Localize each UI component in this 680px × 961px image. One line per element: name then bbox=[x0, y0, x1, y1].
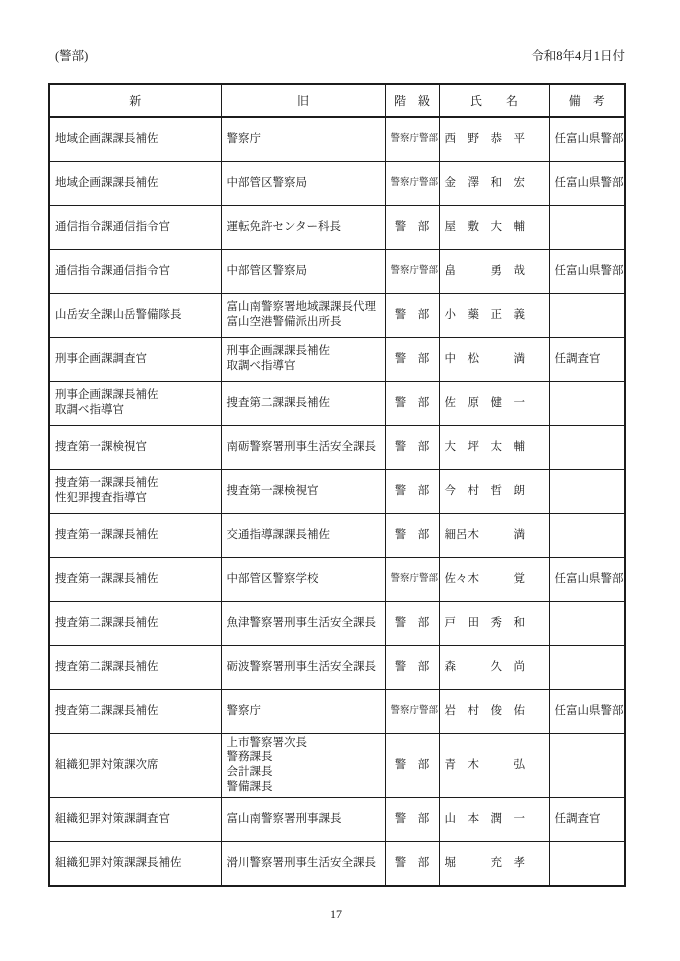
cell-old-position: 上市警察署次長 警務課長 会計課長 警備課長 bbox=[221, 733, 385, 798]
cell-new-position: 地域企画課課長補佐 bbox=[49, 161, 221, 205]
cell-rank: 警 部 bbox=[385, 381, 439, 425]
cell-remarks: 任富山県警部 bbox=[549, 249, 625, 293]
table-row: 組織犯罪対策課調査官 富山南警察署刑事課長 警 部 山 本 潤 一 任調査官 bbox=[49, 798, 625, 842]
col-header-old: 旧 bbox=[221, 84, 385, 117]
col-header-rank: 階 級 bbox=[385, 84, 439, 117]
cell-name: 青 木 弘 bbox=[439, 733, 549, 798]
table-row: 刑事企画課課長補佐 取調べ指導官 捜査第二課課長補佐 警 部 佐 原 健 一 bbox=[49, 381, 625, 425]
cell-new-position: 地域企画課課長補佐 bbox=[49, 117, 221, 161]
table-row: 捜査第一課課長補佐 性犯罪捜査指導官 捜査第一課検視官 警 部 今 村 哲 朗 bbox=[49, 469, 625, 513]
table-row: 捜査第二課課長補佐 警察庁 警察庁警部 岩 村 俊 佑 任富山県警部 bbox=[49, 689, 625, 733]
cell-name: 佐 原 健 一 bbox=[439, 381, 549, 425]
table-row: 地域企画課課長補佐 中部管区警察局 警察庁警部 金 澤 和 宏 任富山県警部 bbox=[49, 161, 625, 205]
table-row: 捜査第一課課長補佐 中部管区警察学校 警察庁警部 佐々木 覚 任富山県警部 bbox=[49, 557, 625, 601]
cell-name: 森 久 尚 bbox=[439, 645, 549, 689]
col-header-name: 氏 名 bbox=[439, 84, 549, 117]
cell-new-position: 通信指令課通信指令官 bbox=[49, 249, 221, 293]
cell-rank: 警 部 bbox=[385, 842, 439, 886]
cell-name: 大 坪 太 輔 bbox=[439, 425, 549, 469]
cell-rank: 警察庁警部 bbox=[385, 249, 439, 293]
cell-rank: 警察庁警部 bbox=[385, 557, 439, 601]
cell-name: 堀 充 孝 bbox=[439, 842, 549, 886]
cell-rank: 警 部 bbox=[385, 645, 439, 689]
cell-remarks bbox=[549, 425, 625, 469]
cell-remarks bbox=[549, 645, 625, 689]
cell-rank: 警 部 bbox=[385, 733, 439, 798]
cell-old-position: 中部管区警察学校 bbox=[221, 557, 385, 601]
cell-remarks bbox=[549, 513, 625, 557]
cell-remarks bbox=[549, 469, 625, 513]
table-row: 組織犯罪対策課課長補佐 滑川警察署刑事生活安全課長 警 部 堀 充 孝 bbox=[49, 842, 625, 886]
cell-name: 佐々木 覚 bbox=[439, 557, 549, 601]
cell-new-position: 組織犯罪対策課次席 bbox=[49, 733, 221, 798]
cell-new-position: 組織犯罪対策課調査官 bbox=[49, 798, 221, 842]
cell-name: 中 松 満 bbox=[439, 337, 549, 381]
cell-name: 岩 村 俊 佑 bbox=[439, 689, 549, 733]
cell-rank: 警 部 bbox=[385, 205, 439, 249]
table-row: 捜査第二課課長補佐 魚津警察署刑事生活安全課長 警 部 戸 田 秀 和 bbox=[49, 601, 625, 645]
cell-old-position: 南砺警察署刑事生活安全課長 bbox=[221, 425, 385, 469]
cell-rank: 警 部 bbox=[385, 513, 439, 557]
cell-old-position: 警察庁 bbox=[221, 689, 385, 733]
doc-header: (警部) 令和8年4月1日付 bbox=[55, 49, 625, 64]
cell-name: 細呂木 満 bbox=[439, 513, 549, 557]
col-header-remarks: 備 考 bbox=[549, 84, 625, 117]
cell-new-position: 捜査第一課検視官 bbox=[49, 425, 221, 469]
cell-rank: 警 部 bbox=[385, 601, 439, 645]
cell-new-position: 山岳安全課山岳警備隊長 bbox=[49, 293, 221, 337]
cell-name: 今 村 哲 朗 bbox=[439, 469, 549, 513]
cell-old-position: 砺波警察署刑事生活安全課長 bbox=[221, 645, 385, 689]
cell-name: 金 澤 和 宏 bbox=[439, 161, 549, 205]
cell-name: 西 野 恭 平 bbox=[439, 117, 549, 161]
cell-rank: 警 部 bbox=[385, 469, 439, 513]
cell-old-position: 警察庁 bbox=[221, 117, 385, 161]
cell-remarks bbox=[549, 293, 625, 337]
cell-new-position: 捜査第一課課長補佐 bbox=[49, 513, 221, 557]
cell-remarks bbox=[549, 381, 625, 425]
cell-new-position: 組織犯罪対策課課長補佐 bbox=[49, 842, 221, 886]
cell-remarks bbox=[549, 601, 625, 645]
cell-new-position: 刑事企画課課長補佐 取調べ指導官 bbox=[49, 381, 221, 425]
cell-old-position: 刑事企画課課長補佐 取調べ指導官 bbox=[221, 337, 385, 381]
cell-old-position: 富山南警察署刑事課長 bbox=[221, 798, 385, 842]
cell-old-position: 中部管区警察局 bbox=[221, 249, 385, 293]
cell-remarks bbox=[549, 733, 625, 798]
cell-old-position: 交通指導課課長補佐 bbox=[221, 513, 385, 557]
page-number: 17 bbox=[48, 907, 624, 922]
doc-subtitle: (警部) bbox=[55, 49, 88, 64]
cell-old-position: 捜査第二課課長補佐 bbox=[221, 381, 385, 425]
cell-new-position: 捜査第二課課長補佐 bbox=[49, 645, 221, 689]
table-row: 山岳安全課山岳警備隊長 富山南警察署地域課課長代理 富山空港警備派出所長 警 部… bbox=[49, 293, 625, 337]
table-row: 通信指令課通信指令官 運転免許センター科長 警 部 屋 敷 大 輔 bbox=[49, 205, 625, 249]
cell-old-position: 捜査第一課検視官 bbox=[221, 469, 385, 513]
cell-rank: 警 部 bbox=[385, 798, 439, 842]
cell-old-position: 滑川警察署刑事生活安全課長 bbox=[221, 842, 385, 886]
cell-name: 山 本 潤 一 bbox=[439, 798, 549, 842]
cell-name: 戸 田 秀 和 bbox=[439, 601, 549, 645]
cell-remarks: 任富山県警部 bbox=[549, 689, 625, 733]
cell-rank: 警 部 bbox=[385, 425, 439, 469]
cell-old-position: 運転免許センター科長 bbox=[221, 205, 385, 249]
cell-new-position: 捜査第二課課長補佐 bbox=[49, 601, 221, 645]
doc-date: 令和8年4月1日付 bbox=[531, 49, 625, 64]
table-body: 地域企画課課長補佐 警察庁 警察庁警部 西 野 恭 平 任富山県警部 地域企画課… bbox=[49, 117, 625, 886]
cell-remarks bbox=[549, 205, 625, 249]
table-row: 刑事企画課調査官 刑事企画課課長補佐 取調べ指導官 警 部 中 松 満 任調査官 bbox=[49, 337, 625, 381]
cell-remarks: 任富山県警部 bbox=[549, 557, 625, 601]
cell-new-position: 通信指令課通信指令官 bbox=[49, 205, 221, 249]
cell-old-position: 富山南警察署地域課課長代理 富山空港警備派出所長 bbox=[221, 293, 385, 337]
cell-remarks bbox=[549, 842, 625, 886]
cell-new-position: 捜査第二課課長補佐 bbox=[49, 689, 221, 733]
cell-name: 畠 勇 哉 bbox=[439, 249, 549, 293]
table-row: 組織犯罪対策課次席 上市警察署次長 警務課長 会計課長 警備課長 警 部 青 木… bbox=[49, 733, 625, 798]
cell-remarks: 任富山県警部 bbox=[549, 117, 625, 161]
document-page: (警部) 令和8年4月1日付 新 旧 階 級 氏 名 備 考 地域企画課課長補佐… bbox=[0, 0, 680, 961]
table-row: 地域企画課課長補佐 警察庁 警察庁警部 西 野 恭 平 任富山県警部 bbox=[49, 117, 625, 161]
table-row: 捜査第一課課長補佐 交通指導課課長補佐 警 部 細呂木 満 bbox=[49, 513, 625, 557]
cell-remarks: 任富山県警部 bbox=[549, 161, 625, 205]
cell-new-position: 刑事企画課調査官 bbox=[49, 337, 221, 381]
cell-rank: 警察庁警部 bbox=[385, 689, 439, 733]
table-row: 捜査第二課課長補佐 砺波警察署刑事生活安全課長 警 部 森 久 尚 bbox=[49, 645, 625, 689]
cell-old-position: 魚津警察署刑事生活安全課長 bbox=[221, 601, 385, 645]
cell-remarks: 任調査官 bbox=[549, 798, 625, 842]
cell-old-position: 中部管区警察局 bbox=[221, 161, 385, 205]
table-row: 通信指令課通信指令官 中部管区警察局 警察庁警部 畠 勇 哉 任富山県警部 bbox=[49, 249, 625, 293]
personnel-table: 新 旧 階 級 氏 名 備 考 地域企画課課長補佐 警察庁 警察庁警部 西 野 … bbox=[48, 83, 626, 887]
cell-remarks: 任調査官 bbox=[549, 337, 625, 381]
table-header-row: 新 旧 階 級 氏 名 備 考 bbox=[49, 84, 625, 117]
cell-rank: 警察庁警部 bbox=[385, 117, 439, 161]
cell-rank: 警 部 bbox=[385, 337, 439, 381]
table-row: 捜査第一課検視官 南砺警察署刑事生活安全課長 警 部 大 坪 太 輔 bbox=[49, 425, 625, 469]
cell-new-position: 捜査第一課課長補佐 bbox=[49, 557, 221, 601]
cell-rank: 警察庁警部 bbox=[385, 161, 439, 205]
col-header-new: 新 bbox=[49, 84, 221, 117]
cell-rank: 警 部 bbox=[385, 293, 439, 337]
cell-name: 小 藥 正 義 bbox=[439, 293, 549, 337]
cell-name: 屋 敷 大 輔 bbox=[439, 205, 549, 249]
cell-new-position: 捜査第一課課長補佐 性犯罪捜査指導官 bbox=[49, 469, 221, 513]
